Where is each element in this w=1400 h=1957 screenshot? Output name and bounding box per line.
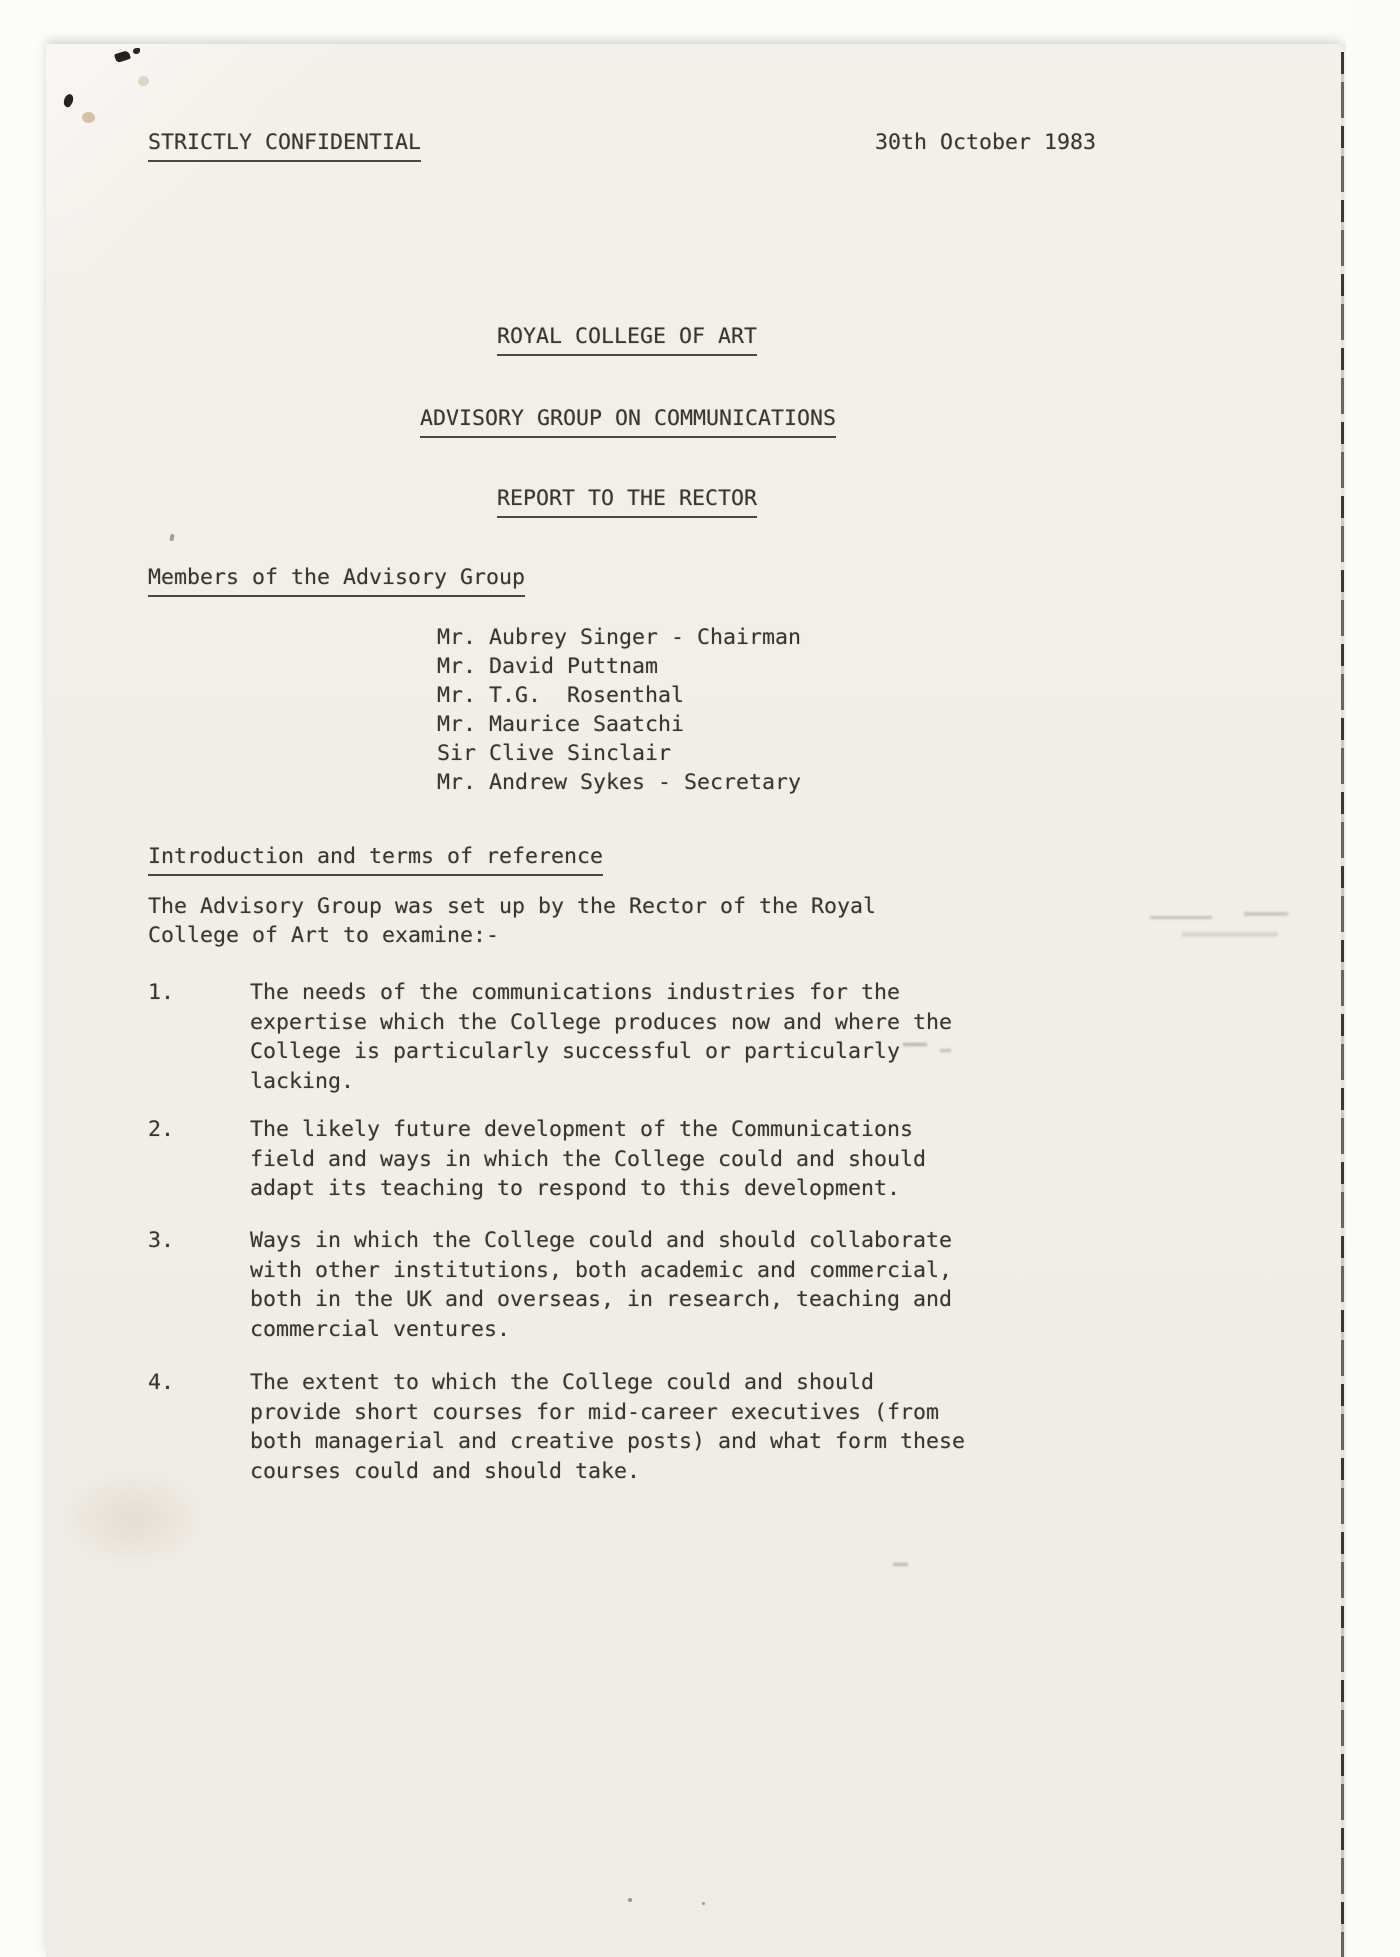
document-date: 30th October 1983 xyxy=(875,128,1096,157)
term-line: The extent to which the College could an… xyxy=(250,1368,1050,1398)
classification-stamp: STRICTLY CONFIDENTIAL xyxy=(148,128,421,162)
paragraph-line: The Advisory Group was set up by the Rec… xyxy=(148,892,876,921)
term-line: Ways in which the College could and shou… xyxy=(250,1226,1050,1256)
classification-text: STRICTLY CONFIDENTIAL xyxy=(148,128,421,162)
page-edge-line xyxy=(1341,52,1344,1957)
term-line: both managerial and creative posts) and … xyxy=(250,1427,1050,1457)
heading-members: Members of the Advisory Group xyxy=(148,563,525,597)
term-line: expertise which the College produces now… xyxy=(250,1008,1050,1038)
paragraph-line: College of Art to examine:- xyxy=(148,921,876,950)
term-line: adapt its teaching to respond to this de… xyxy=(250,1174,1050,1204)
member-line: Mr. Aubrey Singer - Chairman xyxy=(437,623,801,652)
term-line: The needs of the communications industri… xyxy=(250,978,1050,1008)
term-line: with other institutions, both academic a… xyxy=(250,1256,1050,1286)
term-number: 2. xyxy=(148,1115,174,1145)
member-line: Sir Clive Sinclair xyxy=(437,739,801,768)
title-report: REPORT TO THE RECTOR xyxy=(497,484,757,518)
scanner-background-strip xyxy=(1346,0,1400,1957)
introduction-paragraph: The Advisory Group was set up by the Rec… xyxy=(148,892,876,950)
heading-introduction: Introduction and terms of reference xyxy=(148,842,603,876)
member-line: Mr. David Puttnam xyxy=(437,652,801,681)
member-line: Mr. Andrew Sykes - Secretary xyxy=(437,768,801,797)
term-line: The likely future development of the Com… xyxy=(250,1115,1050,1145)
term-number: 1. xyxy=(148,978,174,1008)
term-line: courses could and should take. xyxy=(250,1457,1050,1487)
title-advisory-group: ADVISORY GROUP ON COMMUNICATIONS xyxy=(420,404,836,438)
term-line: field and ways in which the College coul… xyxy=(250,1145,1050,1175)
document-scan: STRICTLY CONFIDENTIAL 30th October 1983 … xyxy=(0,0,1400,1957)
term-number: 4. xyxy=(148,1368,174,1398)
term-line: commercial ventures. xyxy=(250,1315,1050,1345)
members-list: Mr. Aubrey Singer - Chairman Mr. David P… xyxy=(437,623,801,797)
term-line: College is particularly successful or pa… xyxy=(250,1037,1050,1067)
term-line: provide short courses for mid-career exe… xyxy=(250,1398,1050,1428)
term-line: both in the UK and overseas, in research… xyxy=(250,1285,1050,1315)
member-line: Mr. T.G. Rosenthal xyxy=(437,681,801,710)
term-number: 3. xyxy=(148,1226,174,1256)
term-line: lacking. xyxy=(250,1067,1050,1097)
member-line: Mr. Maurice Saatchi xyxy=(437,710,801,739)
title-college: ROYAL COLLEGE OF ART xyxy=(497,322,757,356)
